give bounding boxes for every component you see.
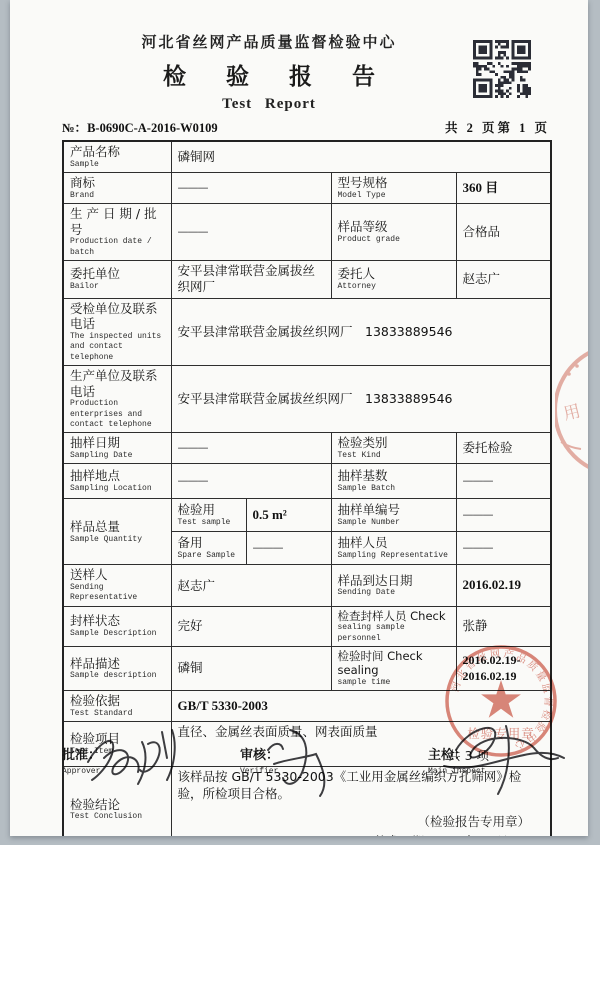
page-count: 共 2 页第 1 页 [445,118,550,136]
row-production-unit: 生产单位及联系电话 Production enterprises and con… [63,365,551,432]
report-title-cn: 检 验 报 告 [10,58,528,91]
label-check-sealing-personnel: 检查封样人员 Check sealing sample personnel [331,606,456,646]
label-sample-quantity: 样品总量 Sample Quantity [63,499,171,565]
verifier-block: 审核： Verifier [240,744,279,778]
report-no-label: №： [62,121,87,135]
partial-seal-stamp: 用 [555,342,588,478]
main-inspector-label: 主检： [428,748,467,763]
row-sampling-date: 抽样日期 Sampling Date ——— 检验类别 Test Kind 委托… [63,433,551,464]
label-sampling-representative: 抽样人员 Sampling Representative [331,532,456,565]
label-sending-date: 样品到达日期 Sending Date [331,565,456,606]
partial-seal-char: 用 [561,401,582,425]
report-no: №：B-0690C-A-2016-W0109 [62,118,218,136]
label-sample-number: 抽样单编号 Sample Number [331,499,456,532]
row-sample: 产品名称 Sample 磷铜网 [63,141,551,173]
value-check-sealing-personnel: 张静 [456,606,551,646]
report-title-en: Test Report [10,96,528,113]
row-sample-quantity-1: 样品总量 Sample Quantity 检验用 Test sample 0.5… [63,499,551,532]
signature-row: 批准： Approver 审核： Verifier 主检： Main inspe… [62,744,562,790]
label-production-date: 生 产 日 期 / 批 号 Production date / batch [63,204,171,261]
value-sampling-representative: ——— [456,532,551,565]
label-check-sealing-time: 检验时间 Check sealing sample time [331,646,456,690]
value-production-date: ——— [171,204,331,261]
value-sampling-location: ——— [171,464,331,499]
label-brand: 商标 Brand [63,173,171,204]
label-test-sample: 检验用 Test sample [171,499,246,532]
main-inspector-label-en: Main inspect [428,767,486,777]
row-brand: 商标 Brand ——— 型号规格 Model Type 360 目 [63,173,551,204]
approver-label-en: Approver [62,767,101,777]
label-sampling-date: 抽样日期 Sampling Date [63,433,171,464]
row-bailor: 委托单位 Bailor 安平县津常联营金属拔丝织网厂 委托人 Attorney … [63,261,551,299]
label-production-unit: 生产单位及联系电话 Production enterprises and con… [63,365,171,432]
value-sample-batch: ——— [456,464,551,499]
screenshot-stage: 河北省丝网产品质量监督检验中心 检 验 报 告 Test Report №：B-… [0,0,600,988]
row-seal-state: 封样状态 Sample Description 完好 检查封样人员 Check … [63,606,551,646]
report-table: 产品名称 Sample 磷铜网 商标 Brand ——— 型号规格 Model … [62,140,552,836]
value-sending-date: 2016.02.19 [456,565,551,606]
value-bailor: 安平县津常联营金属拔丝织网厂 [171,261,331,299]
value-product-grade: 合格品 [456,204,551,261]
conclusion-seal-note: （检验报告专用章） [178,812,545,830]
value-sender: 赵志广 [171,565,331,606]
row-test-standard: 检验依据 Test Standard GB/T 5330-2003 [63,691,551,722]
label-sample-description: 样品描述 Sample description [63,646,171,690]
verifier-label-en: Verifier [240,767,279,777]
qr-code-icon [473,40,531,98]
report-number-line: №：B-0690C-A-2016-W0109 共 2 页第 1 页 [62,118,550,136]
verifier-label: 审核： [240,748,279,763]
label-sampling-location: 抽样地点 Sampling Location [63,464,171,499]
label-test-standard: 检验依据 Test Standard [63,691,171,722]
label-seal-state: 封样状态 Sample Description [63,606,171,646]
label-test-kind: 检验类别 Test Kind [331,433,456,464]
row-inspected-unit: 受检单位及联系电话 The inspected units and contac… [63,298,551,365]
value-test-standard: GB/T 5330-2003 [171,691,551,722]
label-inspected-unit: 受检单位及联系电话 The inspected units and contac… [63,298,171,365]
value-test-kind: 委托检验 [456,433,551,464]
value-sample: 磷铜网 [171,141,551,173]
label-product-grade: 样品等级 Product grade [331,204,456,261]
label-sample-batch: 抽样基数 Sample Batch [331,464,456,499]
approver-label: 批准： [62,748,101,763]
value-sampling-date: ——— [171,433,331,464]
value-production-unit: 安平县津常联营金属拔丝织网厂 13833889546 [171,365,551,432]
value-model-type: 360 目 [456,173,551,204]
label-sender: 送样人 Sending Representative [63,565,171,606]
row-sampling-location: 抽样地点 Sampling Location ——— 抽样基数 Sample B… [63,464,551,499]
value-sample-number: ——— [456,499,551,532]
row-sender: 送样人 Sending Representative 赵志广 样品到达日期 Se… [63,565,551,606]
row-production-date: 生 产 日 期 / 批 号 Production date / batch ——… [63,204,551,261]
value-attorney: 赵志广 [456,261,551,299]
value-spare-sample: ——— [246,532,331,565]
value-sample-description: 磷铜 [171,646,331,690]
value-inspected-unit: 安平县津常联营金属拔丝织网厂 13833889546 [171,298,551,365]
label-attorney: 委托人 Attorney [331,261,456,299]
label-bailor: 委托单位 Bailor [63,261,171,299]
label-sample: 产品名称 Sample [63,141,171,173]
value-brand: ——— [171,173,331,204]
conclusion-issue-date: 签发日期：2016 年 02 月 22 日 [178,832,545,836]
test-item-list: 直径、金属丝表面质量、网表面质量 [178,724,545,740]
value-seal-state: 完好 [171,606,331,646]
value-test-sample: 0.5 m² [246,499,331,532]
label-spare-sample: 备用 Spare Sample [171,532,246,565]
org-name: 河北省丝网产品质量监督检验中心 [10,31,528,52]
row-sample-description: 样品描述 Sample description 磷铜 检验时间 Check se… [63,646,551,690]
scanned-report-page: 河北省丝网产品质量监督检验中心 检 验 报 告 Test Report №：B-… [10,0,588,836]
label-model-type: 型号规格 Model Type [331,173,456,204]
approver-block: 批准： Approver [62,744,101,778]
value-check-sealing-time: 2016.02.19-2016.02.19 [456,646,551,690]
main-inspector-block: 主检： Main inspect [428,744,486,778]
